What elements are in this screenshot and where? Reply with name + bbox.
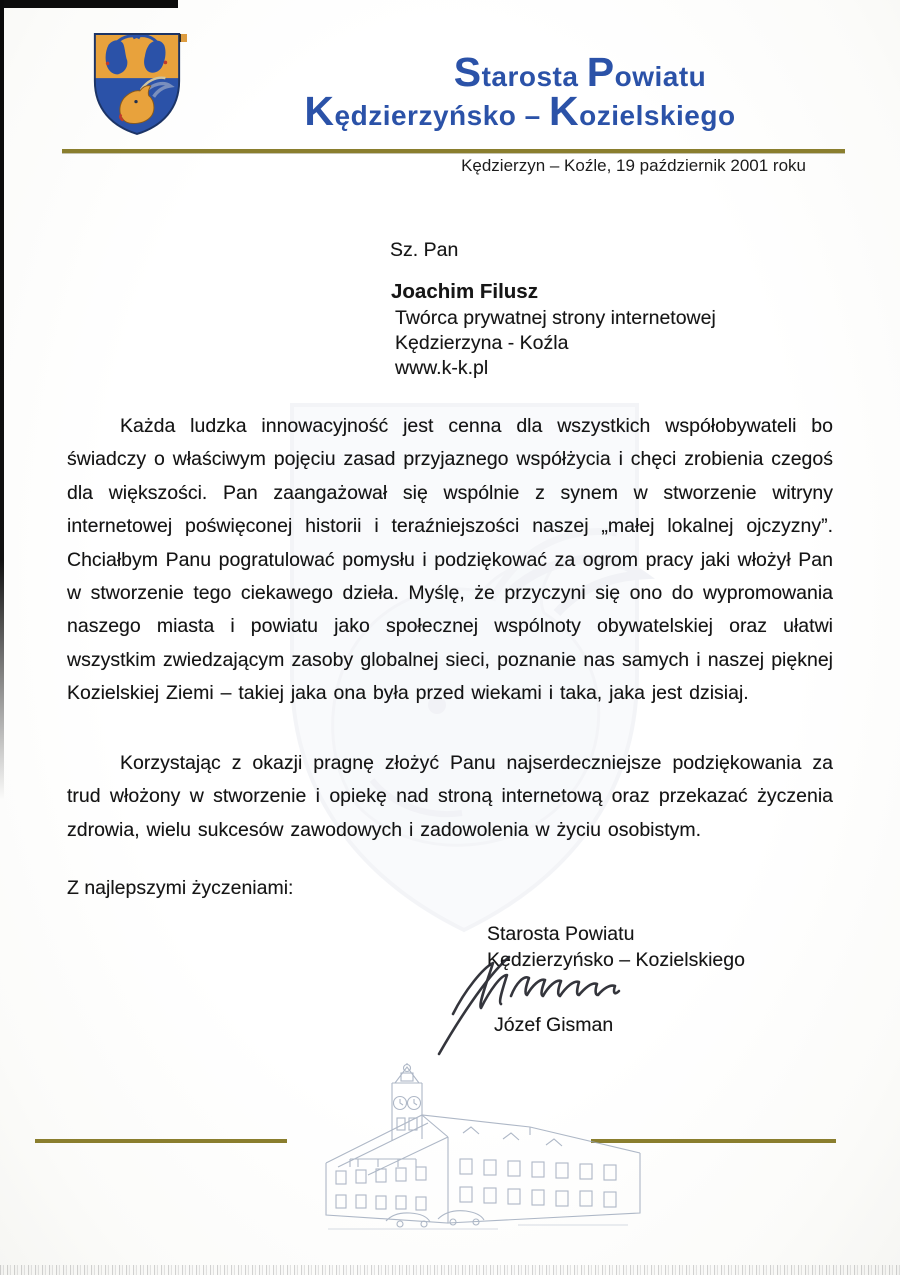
letterhead-title-line2: Kędzierzyńsko – Kozielskiego — [180, 91, 860, 132]
coat-of-arms-icon — [88, 30, 186, 138]
town-hall-sketch — [298, 1063, 663, 1238]
body-paragraph-1: Każda ludzka innowacyjność jest cenna dl… — [67, 410, 833, 711]
footer-rule-left — [35, 1139, 287, 1143]
letterhead-title-line1: Starosta Powiatu — [320, 52, 840, 93]
recipient-salutation: Sz. Pan — [390, 239, 458, 262]
scanned-letter-page: Starosta Powiatu Kędzierzyńsko – Koziels… — [0, 0, 900, 1275]
scan-artifact-speck — [179, 34, 187, 42]
recipient-city: Kędzierzyna - Koźla — [395, 332, 568, 355]
signer-title-line1: Starosta Powiatu — [487, 922, 745, 948]
title-initial: S — [454, 49, 482, 95]
date-line: Kędzierzyn – Koźle, 19 październik 2001 … — [62, 156, 806, 176]
scan-artifact-top-band — [0, 0, 178, 8]
recipient-description: Twórca prywatnej strony internetowej — [395, 307, 716, 330]
recipient-website: www.k-k.pl — [395, 357, 488, 380]
recipient-name: Joachim Filusz — [391, 280, 538, 304]
body-paragraph-2: Korzystając z okazji pragnę złożyć Panu … — [67, 747, 833, 847]
valediction: Z najlepszymi życzeniami: — [67, 877, 293, 900]
header-rule — [62, 149, 845, 153]
title-initial: P — [587, 49, 615, 95]
scan-artifact-left-edge — [0, 0, 4, 800]
title-initial: K — [304, 88, 334, 134]
title-initial: K — [549, 88, 579, 134]
scan-artifact-bottom-noise — [0, 1265, 900, 1275]
signature-scribble — [433, 950, 651, 1058]
